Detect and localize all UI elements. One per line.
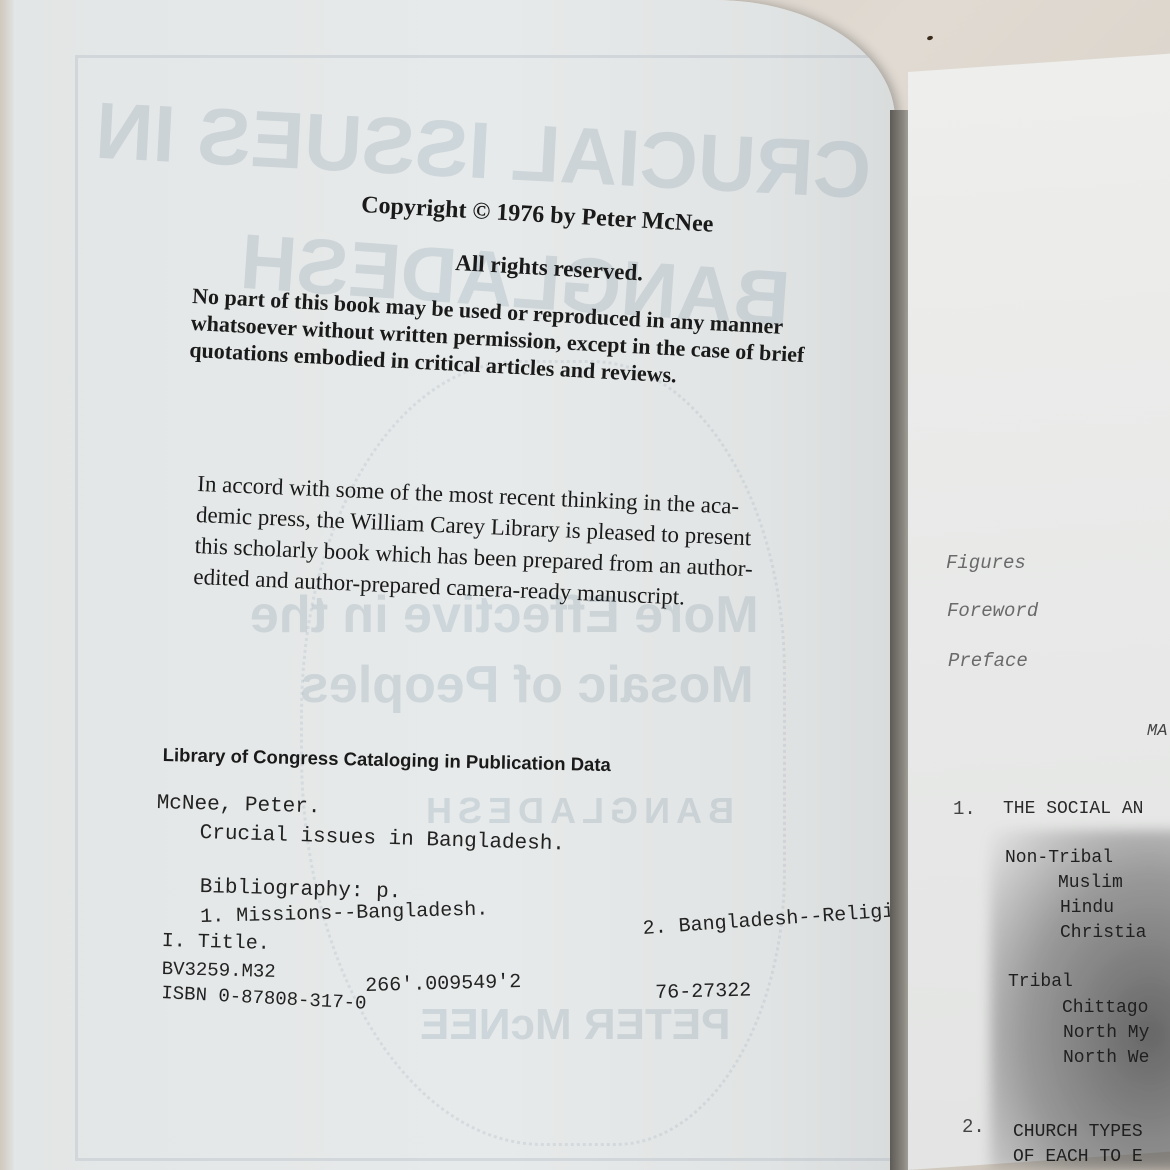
toc-item-christian: Christia [1060,923,1146,943]
cip-dewey: 266'.009549'2 [365,971,522,998]
toc-chapter-1-number: 1. [953,798,976,820]
toc-foreword: Foreword [947,600,1038,622]
toc-group-tribal: Tribal [1008,972,1073,992]
cip-title-entry: I. Title. [161,930,270,956]
left-page: CRUCIAL ISSUES IN BANGLADESH More Effect… [0,0,895,1170]
toc-chapter-2-number: 2. [962,1116,985,1138]
toc-chapter-1-title: THE SOCIAL AN [1003,799,1143,819]
toc-item-muslim: Muslim [1058,873,1123,893]
show-through-author: PETER McNEE [420,1000,731,1050]
toc-figures: Figures [946,552,1026,574]
toc-item-north-we: North We [1063,1048,1149,1068]
toc-item-hindu: Hindu [1060,898,1114,918]
toc-section-marker: MA [1147,722,1167,741]
toc-group-non-tribal: Non-Tribal [1005,848,1113,868]
page-edge [0,0,14,1170]
show-through-subtitle-2: Mosaic of Peoples [300,655,754,715]
cip-call-number: BV3259.M32 [161,958,276,983]
cip-author: McNee, Peter. [156,792,320,819]
toc-chapter-2-title: CHURCH TYPES [1013,1122,1143,1142]
toc-chapter-2-title-2: OF EACH TO E [1013,1147,1143,1167]
show-through-map-label: BANGLADESH [420,790,734,832]
toc-item-chittagong: Chittago [1062,998,1148,1018]
toc-item-north-my: North My [1063,1023,1149,1043]
toc-preface: Preface [948,650,1028,672]
cip-lccn: 76-27322 [655,979,752,1005]
